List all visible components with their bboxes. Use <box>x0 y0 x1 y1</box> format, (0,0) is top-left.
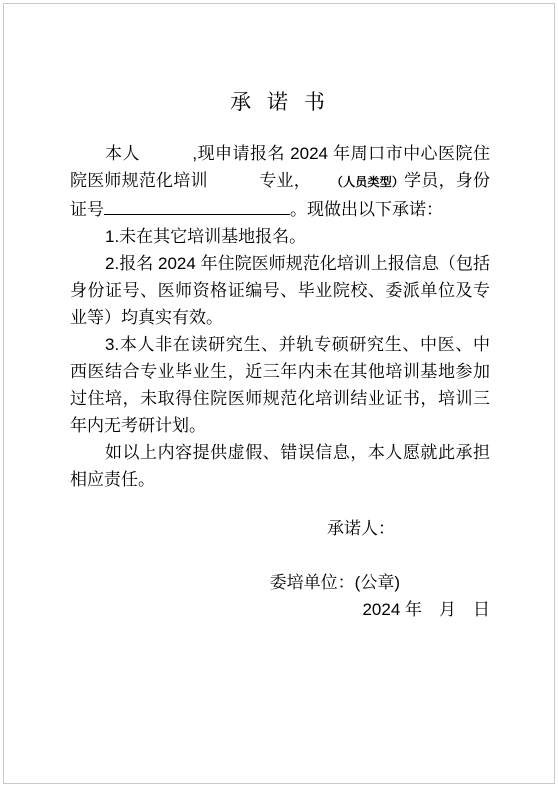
commitment-item-2: 2.报名 2024 年住院医师规范化培训上报信息（包括身份证号、医师资格证编号、… <box>70 250 490 331</box>
liability-clause: 如以上内容提供虚假、错误信息，本人愿就此承担相应责任。 <box>70 439 490 493</box>
commitment-letter-page: { "colors": { "page_background": "#fffff… <box>0 0 558 789</box>
id-number-blank-underline <box>104 201 290 215</box>
intro-paragraph: 本人 ,现申请报名 2024 年周口市中心医院住院医师规范化培训 专业， （人员… <box>70 140 490 223</box>
signer-label: 承诺人： <box>70 515 490 542</box>
entrusting-unit-label: 委培单位：(公章) <box>70 569 490 596</box>
document-title: 承 诺 书 <box>70 87 490 118</box>
commitment-item-3: 3.本人非在读研究生、并轨专硕研究生、中医、中西医结合专业毕业生，近三年内未在其… <box>70 331 490 439</box>
person-type-note: （人员类型） <box>337 175 404 189</box>
date-line: 2024 年 月 日 <box>70 596 490 623</box>
signature-block: 承诺人： 委培单位：(公章) 2024 年 月 日 <box>70 515 490 623</box>
document-text: 本人 ,现申请报名 2024 年周口市中心医院住院医师规范化培训 专业， （人员… <box>70 140 490 493</box>
commitment-item-1: 1.未在其它培训基地报名。 <box>70 223 490 250</box>
document-body: 承 诺 书 本人 ,现申请报名 2024 年周口市中心医院住院医师规范化培训 专… <box>70 0 490 623</box>
intro-after-blank-text: 。现做出以下承诺： <box>290 200 443 219</box>
